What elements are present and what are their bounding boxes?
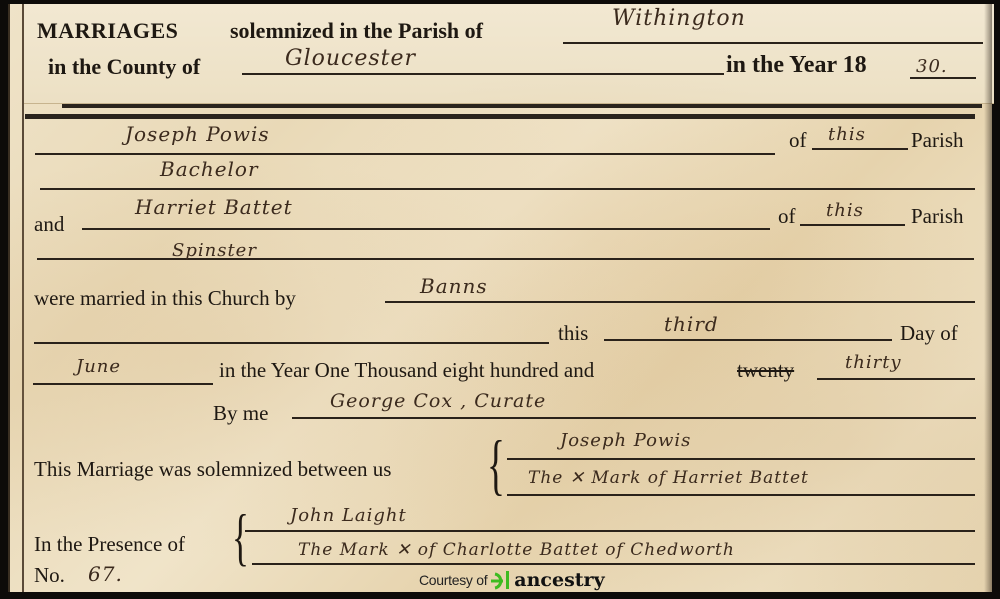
section-divider — [25, 114, 975, 119]
groom-residence: this — [828, 124, 866, 145]
solemnized-between-label: This Marriage was solemnized between us — [34, 457, 391, 482]
month-value: June — [76, 356, 121, 377]
officiant-value: George Cox , Curate — [330, 390, 546, 412]
entry-number: 67. — [88, 562, 123, 586]
struck-year-word: twenty — [737, 358, 794, 383]
ancestry-brand: ancestry — [514, 569, 604, 591]
married-by-line — [385, 301, 975, 303]
page-inner-border — [22, 4, 24, 592]
groom-parish-label: Parish — [911, 128, 964, 153]
and-label: and — [34, 212, 64, 237]
bride-condition: Spinster — [172, 240, 257, 261]
bride-of-label: of — [778, 204, 796, 229]
groom-condition-line — [40, 188, 975, 190]
courtesy-label: Courtesy of — [419, 572, 487, 588]
groom-signature: Joseph Powis — [560, 430, 691, 451]
year-word-value: thirty — [845, 352, 902, 373]
year-words-label: in the Year One Thousand eight hundred a… — [219, 358, 594, 383]
groom-name: Joseph Powis — [125, 122, 270, 146]
signatures-brace: { — [487, 430, 505, 498]
bride-residence-line — [800, 224, 905, 226]
register-title-bold: MARRIAGES — [37, 18, 178, 44]
year-suffix: 30. — [916, 56, 948, 77]
bride-signature: The ✕ Mark of Harriet Battet — [528, 468, 809, 488]
witness-1: John Laight — [290, 505, 407, 526]
day-of-label: Day of — [900, 321, 958, 346]
groom-signature-line — [507, 458, 975, 460]
document-frame: MARRIAGES solemnized in the Parish of Wi… — [0, 0, 1000, 599]
year-word-line — [817, 378, 975, 380]
witness-2: The Mark ✕ of Charlotte Battet of Chedwo… — [298, 540, 735, 560]
ancestry-leaf-icon — [490, 570, 512, 590]
by-me-label: By me — [213, 401, 268, 426]
bride-signature-line — [507, 494, 975, 496]
day-line — [604, 339, 892, 341]
groom-name-line — [35, 153, 775, 155]
year-label: in the Year 18 — [726, 52, 867, 79]
witness-2-line — [252, 563, 975, 565]
county-label: in the County of — [48, 54, 200, 80]
page-right-edge — [984, 4, 992, 592]
bride-name-line — [82, 228, 770, 230]
married-by-label: were married in this Church by — [34, 286, 296, 311]
county-name: Gloucester — [285, 46, 416, 71]
groom-residence-line — [812, 148, 908, 150]
month-line — [33, 383, 213, 385]
register-title-rest: solemnized in the Parish of — [230, 18, 483, 44]
witness-1-line — [245, 530, 975, 532]
bride-name: Harriet Battet — [135, 195, 293, 219]
presence-label: In the Presence of — [34, 532, 185, 557]
county-line — [242, 73, 724, 75]
married-by-value: Banns — [420, 274, 488, 298]
ceremony-blank-line — [34, 342, 549, 344]
bride-residence: this — [826, 200, 864, 221]
parish-line — [563, 42, 983, 44]
header-divider — [62, 104, 982, 108]
ancestry-watermark: Courtesy of ancestry — [419, 569, 605, 591]
groom-condition: Bachelor — [160, 157, 259, 181]
groom-of-label: of — [789, 128, 807, 153]
bride-parish-label: Parish — [911, 204, 964, 229]
officiant-line — [292, 417, 976, 419]
day-value: third — [664, 312, 719, 336]
this-label: this — [558, 321, 588, 346]
parish-name: Withington — [612, 6, 746, 31]
witnesses-brace: { — [232, 505, 249, 569]
entry-number-label: No. — [34, 563, 65, 588]
year-line — [910, 77, 976, 79]
